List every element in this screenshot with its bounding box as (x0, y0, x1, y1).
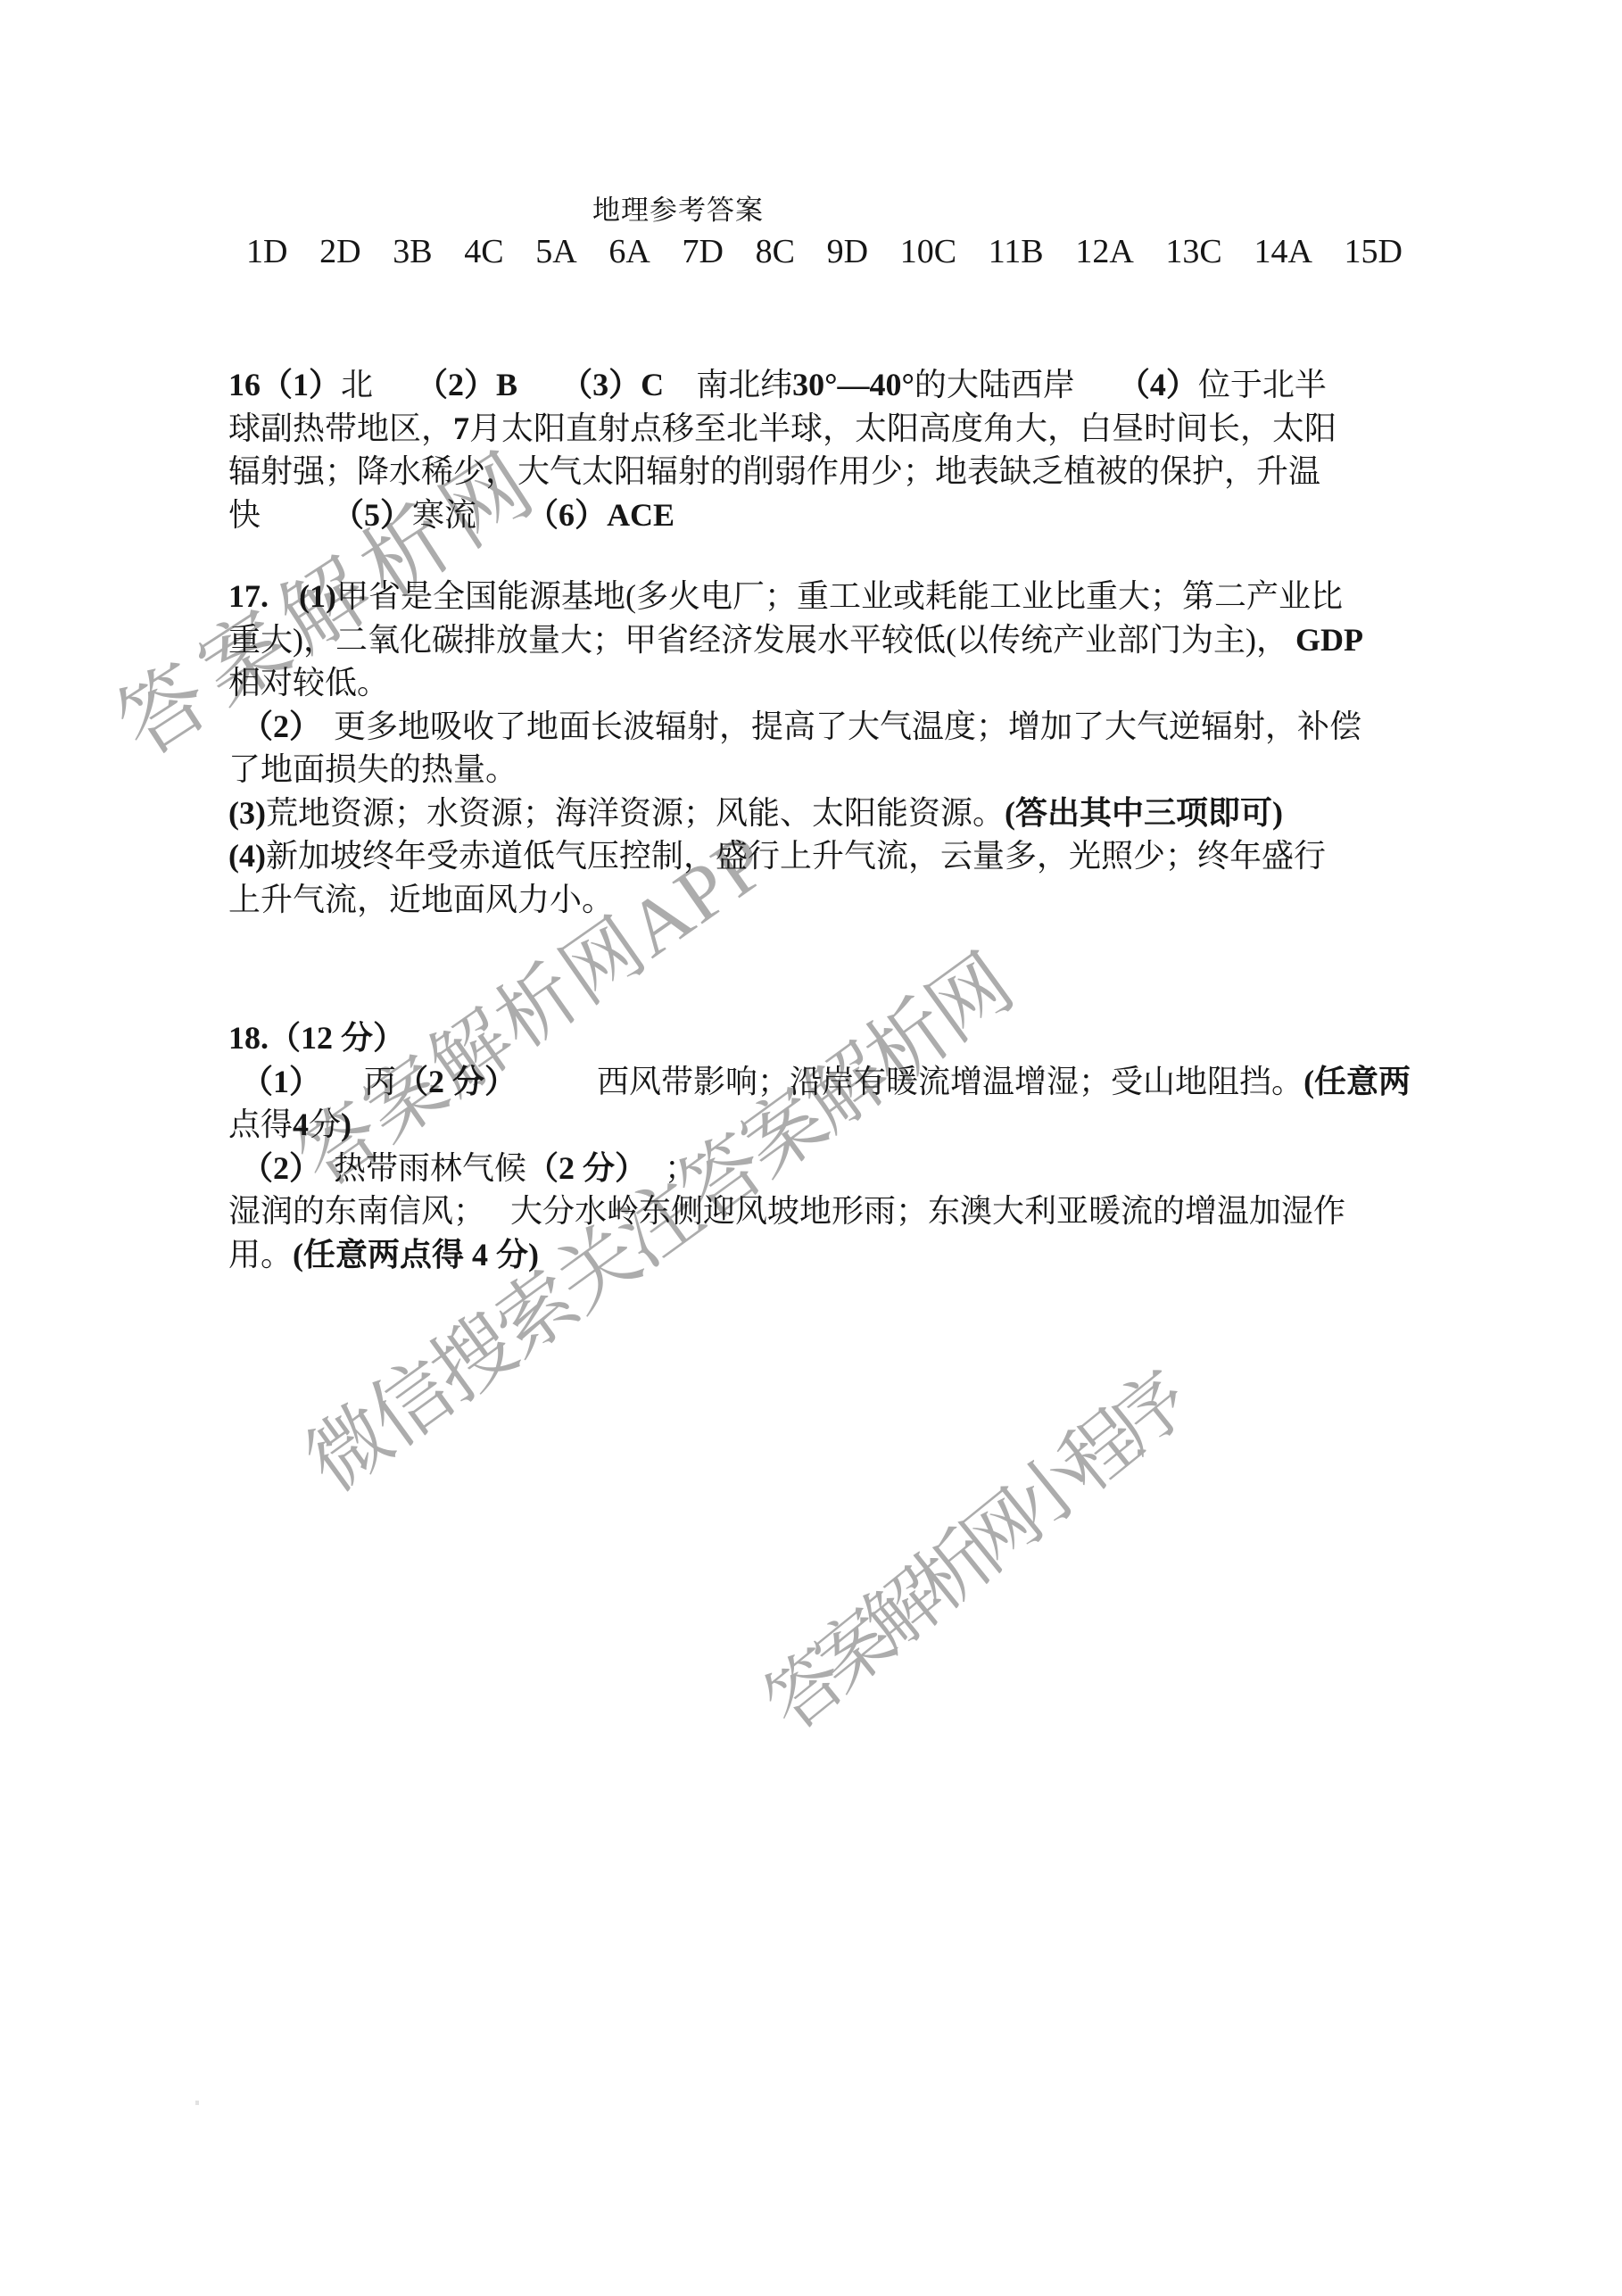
answer-item: 5A (535, 234, 576, 269)
answer-item: 1D (246, 234, 287, 269)
text-line: 球副热带地区，7 月太阳直射点移至北半球，太阳高度角大，白昼时间长，太阳 (228, 407, 1415, 451)
answer-item: 10C (900, 234, 956, 269)
answer-item: 3B (393, 234, 432, 269)
text-line: (3)荒地资源；水资源；海洋资源；风能、太阳能资源。(答出其中三项即可) (228, 792, 1415, 835)
answer-item: 14A (1254, 234, 1312, 269)
answer-item: 8C (756, 234, 795, 269)
text-line: 辐射强；降水稀少，大气太阳辐射的削弱作用少；地表缺乏植被的保护，升温 (228, 450, 1415, 493)
text-line: 湿润的东南信风；大分水岭东侧迎风坡地形雨；东澳大利亚暖流的增温加湿作 (228, 1189, 1415, 1233)
text-line: 用。(任意两点得 4 分) (228, 1233, 1415, 1277)
question-16-answers: 16（1）北（2）B（3）C南北纬30°—40°的大陆西岸（4）位于北半球副热带… (228, 363, 1415, 536)
answer-item: 15D (1345, 234, 1403, 269)
text-line: 重大)，二氧化碳排放量大；甲省经济发展水平较低(以传统产业部门为主)，GDP (228, 618, 1415, 662)
answer-item: 13C (1165, 234, 1221, 269)
question-18-answers: 18.（12 分）（1）丙（2 分）西风带影响；沿岸有暖流增温增湿；受山地阻挡。… (228, 1016, 1415, 1276)
text-line: 16（1）北（2）B（3）C南北纬30°—40°的大陆西岸（4）位于北半 (228, 363, 1415, 407)
text-line: 点得 4 分) (228, 1103, 1415, 1147)
text-line: (4)新加坡终年受赤道低气压控制，盛行上升气流，云量多，光照少；终年盛行 (228, 834, 1415, 878)
text-line: （2）热带雨林气候（2 分）； (228, 1147, 1415, 1190)
text-line: 相对较低。 (228, 661, 1415, 705)
answer-item: 4C (464, 234, 503, 269)
answer-item: 7D (682, 234, 723, 269)
page-title: 地理参考答案 (592, 195, 764, 226)
multiple-choice-answer-row: 1D2D3B4C5A6A7D8C9D10C11B12A13C14A15D (246, 234, 1403, 269)
text-line: 17.(1)甲省是全国能源基地(多火电厂；重工业或耗能工业比重大；第二产业比 (228, 575, 1415, 618)
text-line: 18.（12 分） (228, 1016, 1415, 1060)
text-line: （1）丙（2 分）西风带影响；沿岸有暖流增温增湿；受山地阻挡。(任意两 (228, 1060, 1415, 1104)
answer-item: 9D (827, 234, 868, 269)
text-line: （2）更多地吸收了地面长波辐射，提高了大气温度；增加了大气逆辐射，补偿 (228, 705, 1415, 749)
text-line: 了地面损失的热量。 (228, 748, 1415, 792)
answer-item: 11B (989, 234, 1044, 269)
question-17-answers: 17.(1)甲省是全国能源基地(多火电厂；重工业或耗能工业比重大；第二产业比重大… (228, 575, 1415, 921)
text-line: 上升气流，近地面风力小。 (228, 878, 1415, 922)
text-line: 快（5）寒流（6）ACE (228, 493, 1415, 537)
text-layer: 地理参考答案 1D2D3B4C5A6A7D8C9D10C11B12A13C14A… (0, 0, 1622, 2296)
answer-item: 2D (319, 234, 360, 269)
document-page: 答案解析网 答案解析网APP 微信搜索关注答案解析网 答案解析网小程序 地理参考… (0, 0, 1622, 2296)
answer-item: 12A (1075, 234, 1133, 269)
answer-item: 6A (608, 234, 650, 269)
